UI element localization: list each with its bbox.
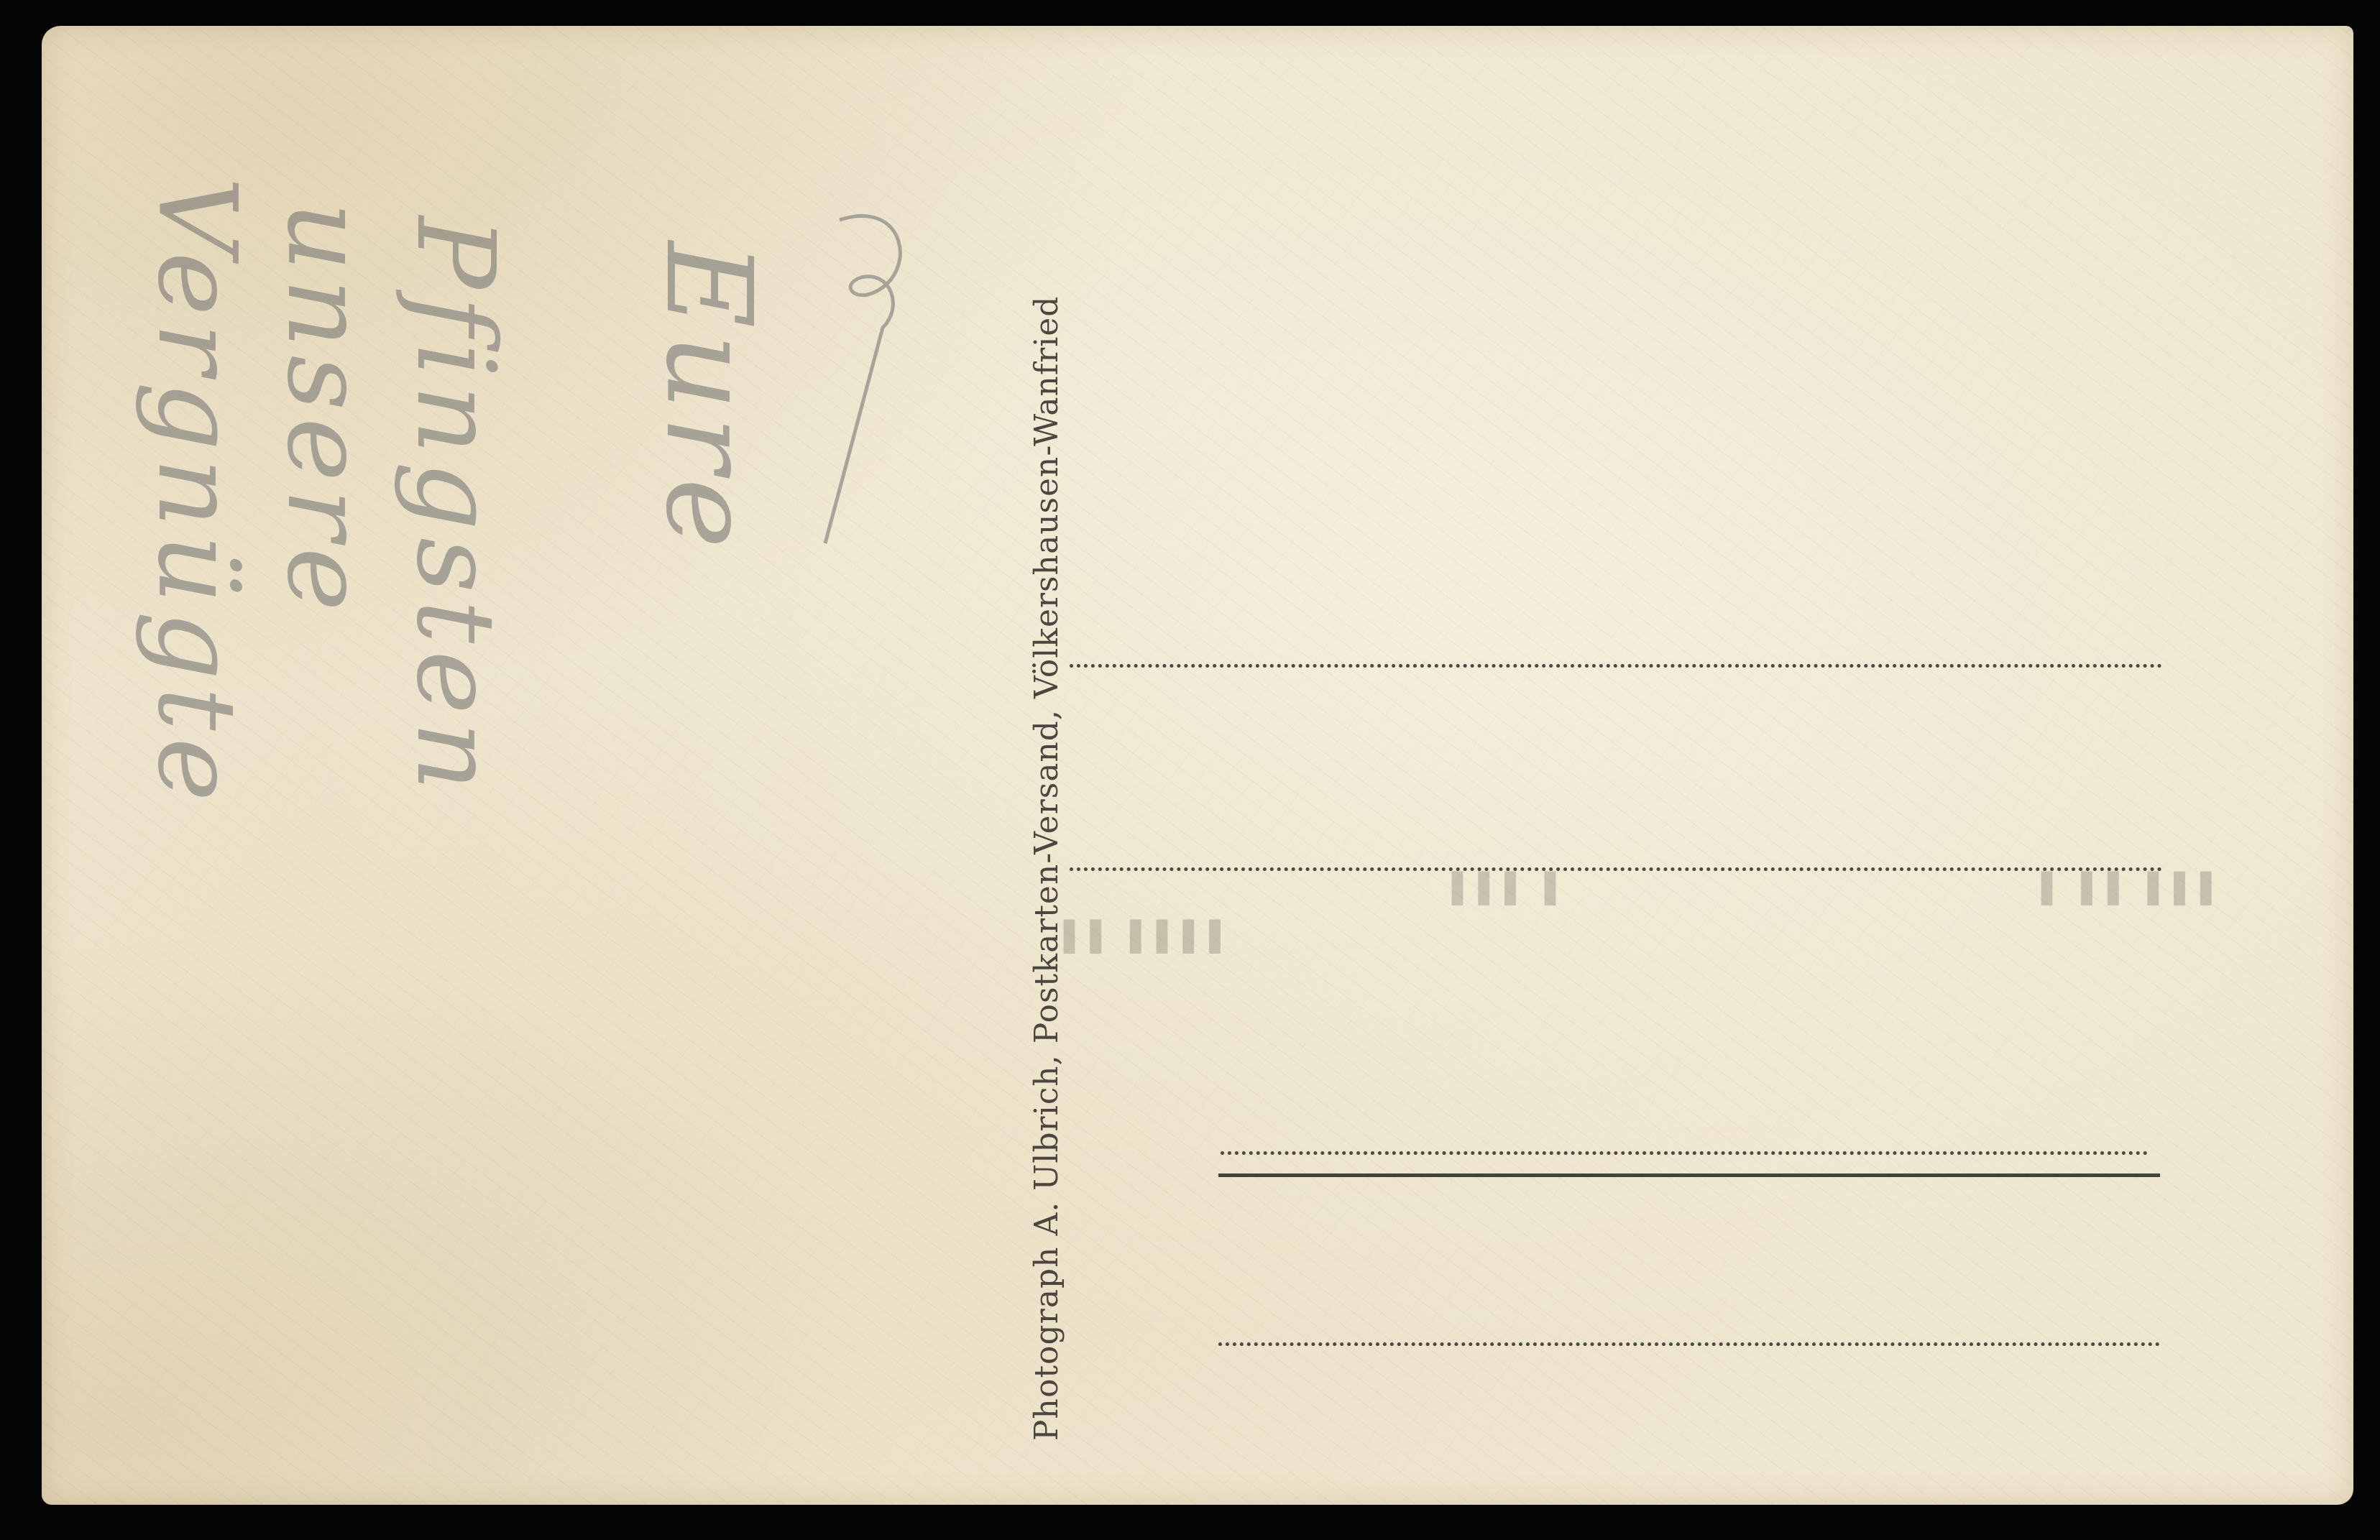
handwriting-signature: Eure [649, 241, 768, 554]
show-through-mark: ▌▌▌ ▌▌ ▌ [2026, 872, 2211, 905]
publisher-imprint: Photograph A. Ulbrich, Postkarten-Versan… [1032, 296, 1063, 1441]
handwriting-line-3: Pfingsten [401, 216, 509, 798]
show-through-mark: ▌▌▌▌ ▌▌ [1048, 921, 1220, 954]
address-line-4 [1218, 1174, 2160, 1177]
address-line-5 [1218, 1342, 2160, 1346]
pencil-flourish-icon [796, 206, 940, 579]
handwriting-line-2: unsere [272, 202, 380, 618]
postcard-back: Vergnügte unsere Pfingsten Eure ▌▌▌ ▌▌ ▌… [42, 26, 2353, 1505]
show-through-mark: ▌ ▌▌▌ [1436, 872, 1556, 905]
handwriting-line-1: Vergnügte [142, 177, 250, 808]
address-line-2 [1070, 867, 2162, 871]
address-line-3 [1221, 1151, 2148, 1155]
address-line-1 [1070, 664, 2162, 668]
paper-texture [42, 26, 2353, 1505]
